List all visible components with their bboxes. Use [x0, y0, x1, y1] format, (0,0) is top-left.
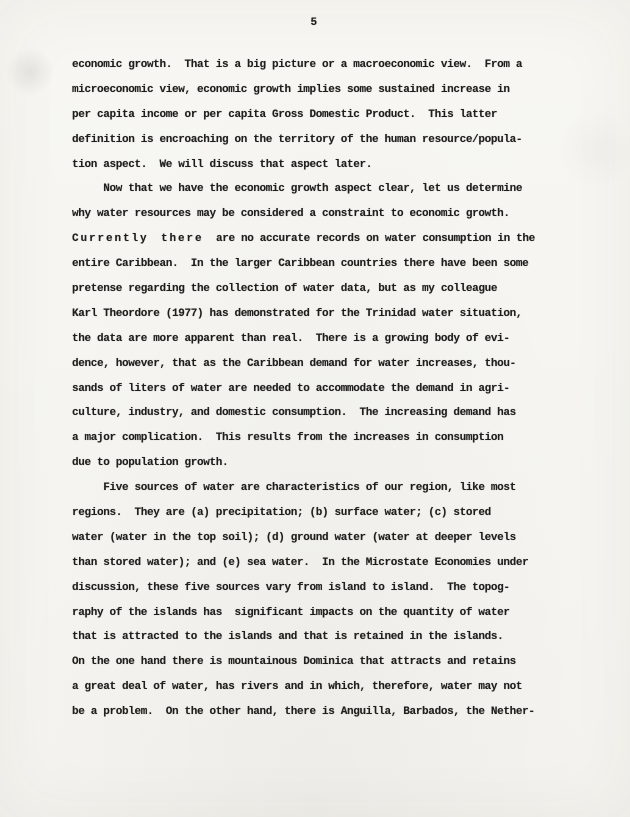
- text-line: raphy of the islands has significant imp…: [72, 601, 572, 626]
- text-line: Currently there are no accurate records …: [72, 227, 572, 252]
- letterspaced-text: Currently: [72, 233, 149, 245]
- text-line: definition is encroaching on the territo…: [72, 128, 572, 153]
- text-line: regions. They are (a) precipitation; (b)…: [72, 501, 572, 526]
- text-line: sands of liters of water are needed to a…: [72, 377, 572, 402]
- text-line: a great deal of water, has rivers and in…: [72, 675, 572, 700]
- text-line: tion aspect. We will discuss that aspect…: [72, 153, 572, 178]
- text-line: a major complication. This results from …: [72, 426, 572, 451]
- text-line: On the one hand there is mountainous Dom…: [72, 650, 572, 675]
- text-line: discussion, these five sources vary from…: [72, 576, 572, 601]
- page-number: 5: [72, 17, 556, 29]
- text-line: pretense regarding the collection of wat…: [72, 277, 572, 302]
- text-line: entire Caribbean. In the larger Caribbea…: [72, 252, 572, 277]
- text-line: dence, however, that as the Caribbean de…: [72, 352, 572, 377]
- text-line: per capita income or per capita Gross Do…: [72, 103, 572, 128]
- text-line: the data are more apparent than real. Th…: [72, 327, 572, 352]
- text-line: due to population growth.: [72, 451, 572, 476]
- page-lines: economic growth. That is a big picture o…: [72, 53, 572, 725]
- text-line: Now that we have the economic growth asp…: [72, 177, 572, 202]
- text-segment: [149, 233, 162, 245]
- text-line: Karl Theordore (1977) has demonstrated f…: [72, 302, 572, 327]
- text-line: be a problem. On the other hand, there i…: [72, 700, 572, 725]
- text-line: why water resources may be considered a …: [72, 202, 572, 227]
- text-line: than stored water); and (e) sea water. I…: [72, 551, 572, 576]
- text-line: microeconomic view, economic growth impl…: [72, 78, 572, 103]
- text-line: that is attracted to the islands and tha…: [72, 625, 572, 650]
- text-line: water (water in the top soil); (d) groun…: [72, 526, 572, 551]
- text-line: economic growth. That is a big picture o…: [72, 53, 572, 78]
- text-segment: are no accurate records on water consump…: [204, 233, 535, 245]
- text-line: culture, industry, and domestic consumpt…: [72, 401, 572, 426]
- text-line: Five sources of water are characteristic…: [72, 476, 572, 501]
- letterspaced-text: there: [161, 233, 204, 245]
- document-page: 5 economic growth. That is a big picture…: [0, 0, 630, 817]
